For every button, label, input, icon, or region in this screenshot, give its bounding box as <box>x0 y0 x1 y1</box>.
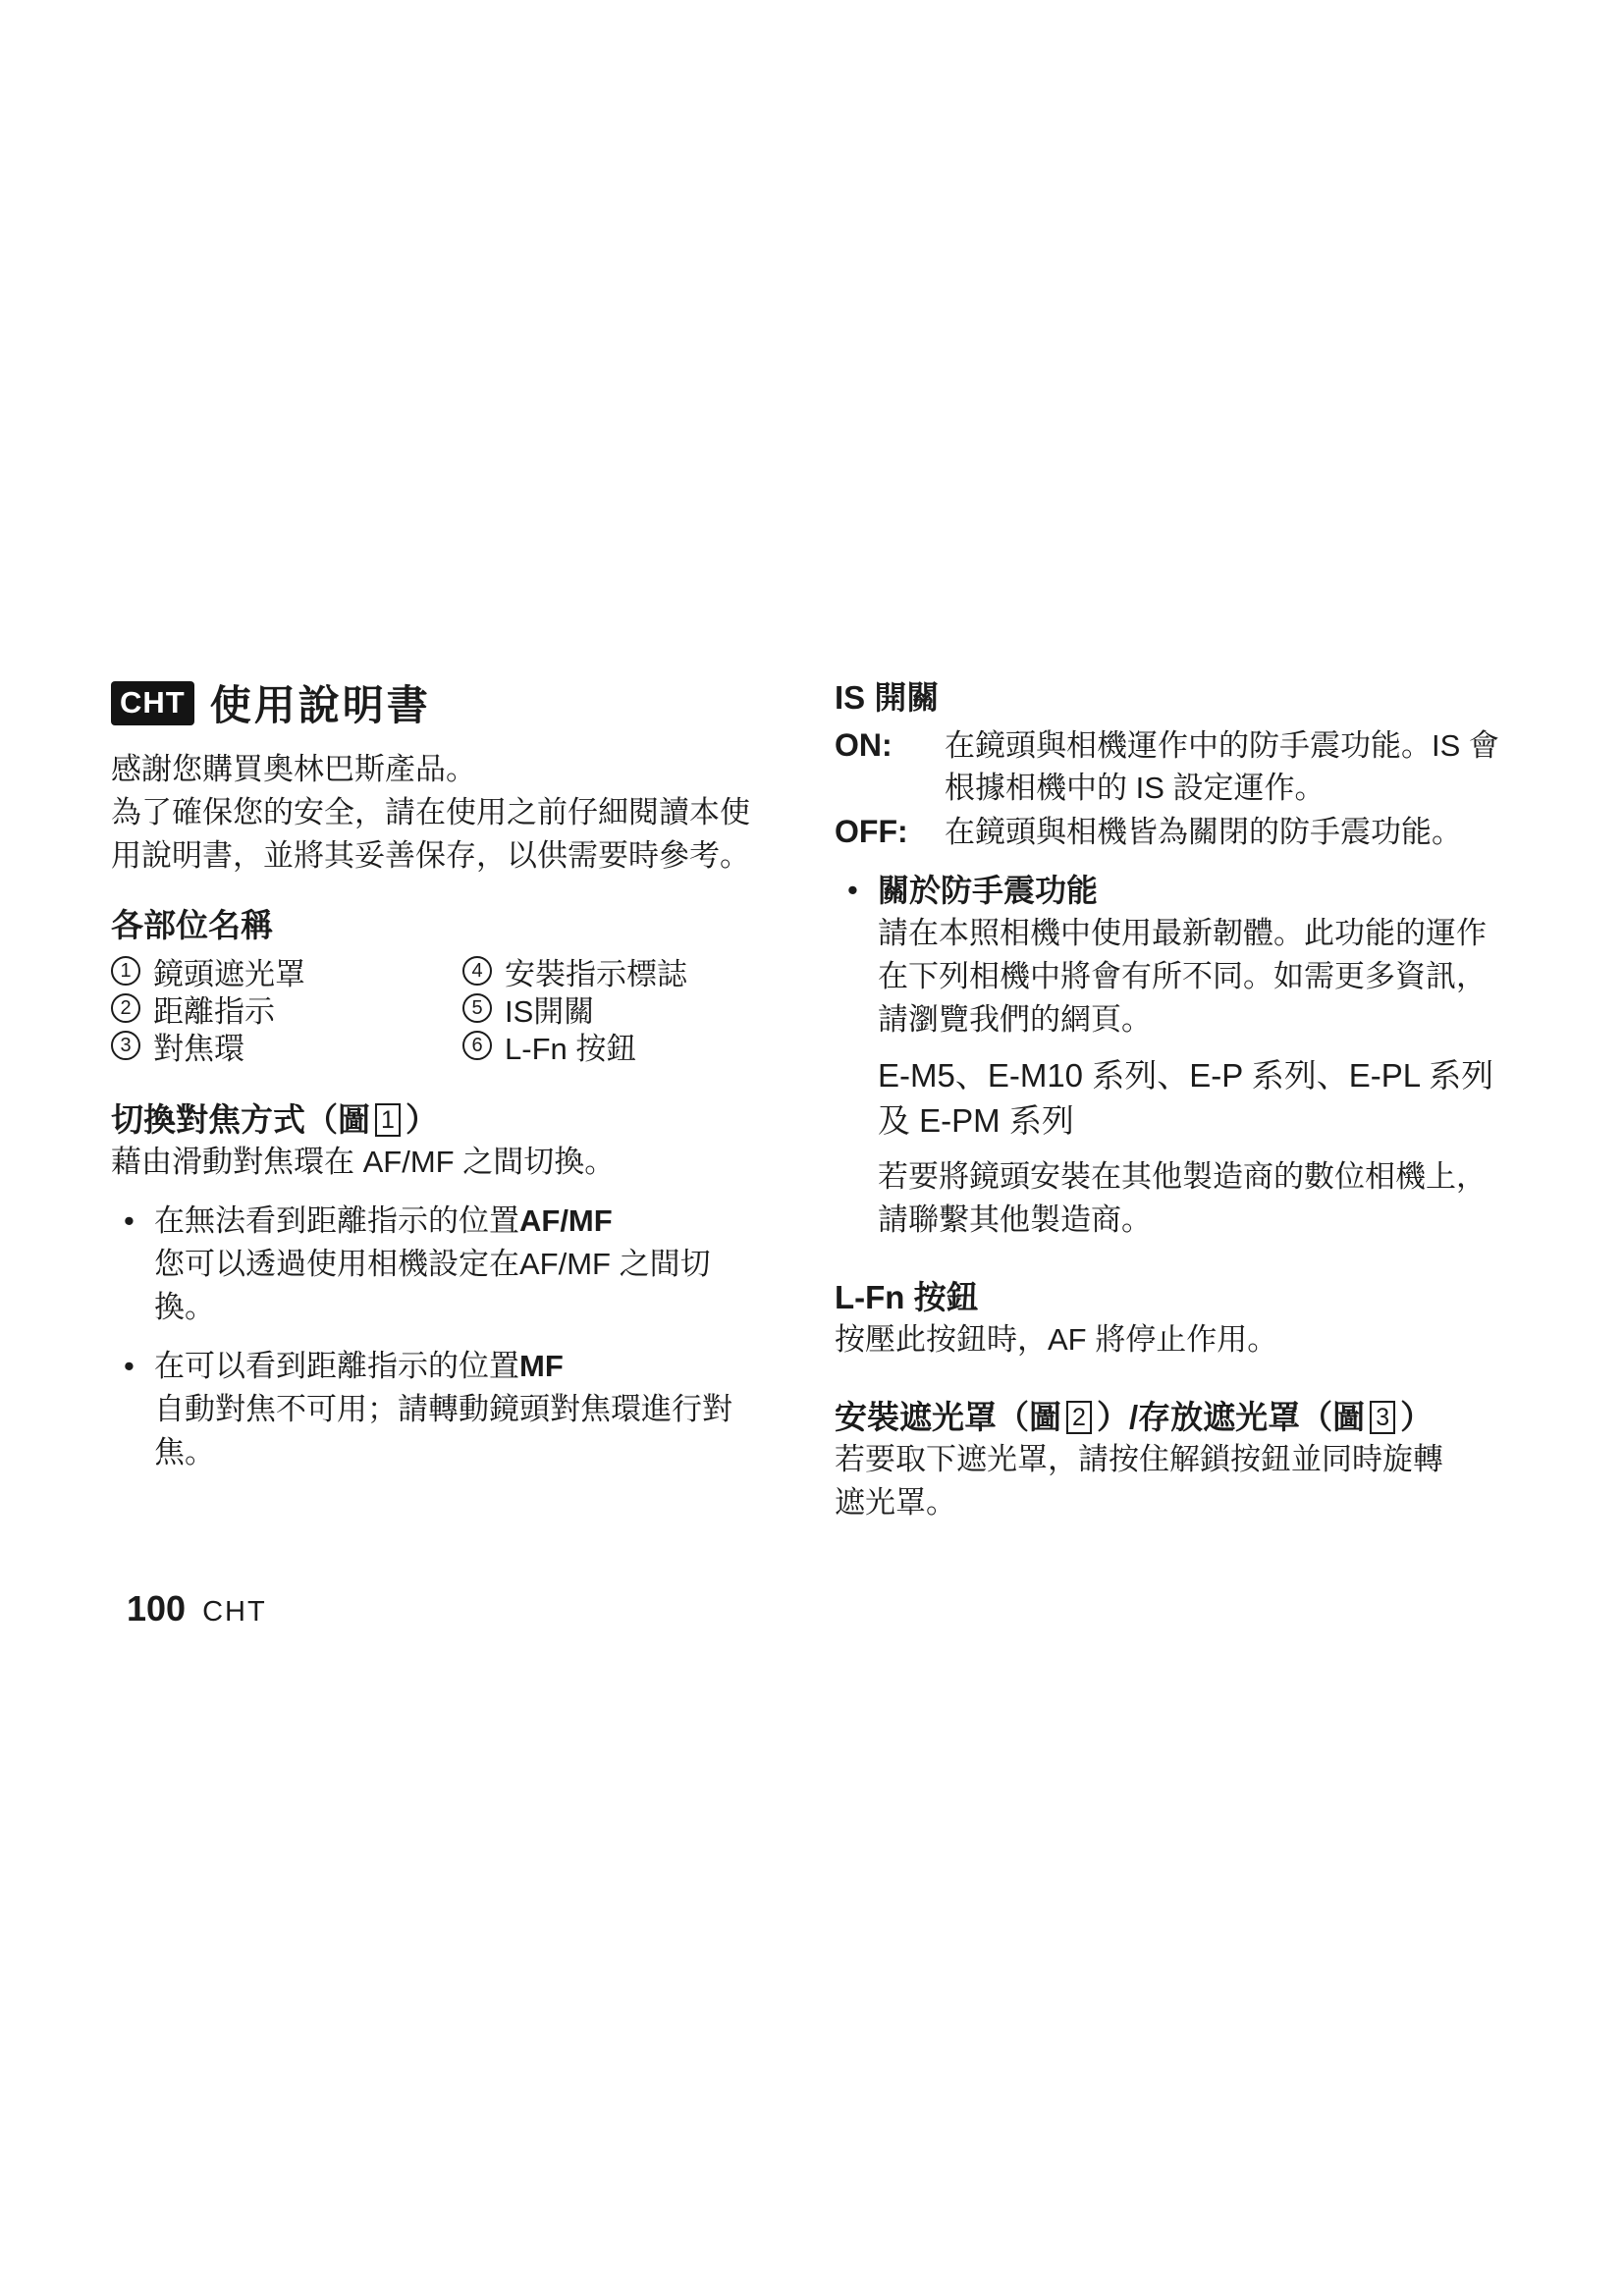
is-on-term: ON: <box>835 724 945 809</box>
manual-page: CHT 使用說明書 感謝您購買奧林巴斯產品。 為了確保您的安全，請在使用之前仔細… <box>0 0 1624 2296</box>
figure-2-ref: 2 <box>1066 1401 1092 1434</box>
focus-mode-heading-close: ） <box>406 1101 438 1138</box>
footer-lang-code: CHT <box>202 1596 267 1629</box>
bullet-icon: • <box>124 1345 137 1474</box>
bullet-lead-bold: AF/MF <box>519 1203 613 1238</box>
bullet-af-mf-lead: 在無法看到距離指示的位置AF/MF <box>154 1200 810 1243</box>
parts-list: 1 鏡頭遮光罩 2 距離指示 3 對焦環 4 安裝指示標誌 5 <box>111 952 810 1064</box>
is-switch-heading: IS 開關 <box>835 677 1561 719</box>
hood-heading-mid: ）/存放遮光罩（圖 <box>1097 1399 1365 1435</box>
right-column: IS 開關 ON: 在鏡頭與相機運作中的防手震功能。IS 會 根據相機中的 IS… <box>835 677 1561 1524</box>
circled-number-icon: 4 <box>462 956 492 986</box>
bullet-af-mf-body: 您可以透過使用相機設定在AF/MF 之間切 換。 <box>154 1243 810 1329</box>
hood-heading-close: ） <box>1400 1399 1433 1435</box>
doc-header: CHT 使用說明書 <box>111 673 810 732</box>
circled-number-icon: 6 <box>462 1031 492 1060</box>
bullet-lead-bold: MF <box>519 1349 564 1383</box>
part-item-5: 5 IS開關 <box>462 989 687 1027</box>
page-footer: 100 CHT <box>127 1588 267 1629</box>
hood-body: 若要取下遮光罩，請按住解鎖按鈕並同時旋轉 遮光罩。 <box>835 1438 1561 1524</box>
part-label: 對焦環 <box>153 1024 244 1068</box>
bullet-mf-lead: 在可以看到距離指示的位置MF <box>154 1345 810 1388</box>
bullet-lead-text: 在可以看到距離指示的位置 <box>154 1349 519 1383</box>
left-column: CHT 使用說明書 感謝您購買奧林巴斯產品。 為了確保您的安全，請在使用之前仔細… <box>111 673 810 1474</box>
bullet-icon: • <box>847 869 861 1242</box>
is-off-desc: 在鏡頭與相機皆為關閉的防手震功能。 <box>945 811 1561 853</box>
page-title: 使用說明書 <box>210 673 431 732</box>
bullet-icon: • <box>124 1200 137 1329</box>
language-badge: CHT <box>111 681 194 725</box>
stabilization-note-heading: 關於防手震功能 <box>878 869 1561 912</box>
bullet-mf-content: 在可以看到距離指示的位置MF 自動對焦不可用；請轉動鏡頭對焦環進行對 焦。 <box>154 1345 810 1474</box>
parts-column-left: 1 鏡頭遮光罩 2 距離指示 3 對焦環 <box>111 952 462 1064</box>
part-item-1: 1 鏡頭遮光罩 <box>111 952 462 989</box>
bullet-lead-text: 在無法看到距離指示的位置 <box>154 1203 519 1238</box>
circled-number-icon: 3 <box>111 1031 140 1060</box>
hood-heading-part1: 安裝遮光罩（圖 <box>835 1399 1061 1435</box>
bullet-af-mf-content: 在無法看到距離指示的位置AF/MF 您可以透過使用相機設定在AF/MF 之間切 … <box>154 1200 810 1329</box>
circled-number-icon: 2 <box>111 993 140 1023</box>
is-off-entry: OFF: 在鏡頭與相機皆為關閉的防手震功能。 <box>835 811 1561 853</box>
focus-mode-heading: 切換對焦方式（圖1） <box>111 1099 810 1141</box>
is-on-desc: 在鏡頭與相機運作中的防手震功能。IS 會 根據相機中的 IS 設定運作。 <box>945 724 1561 809</box>
lfn-heading: L-Fn 按鈕 <box>835 1277 1561 1318</box>
part-label: L-Fn 按鈕 <box>505 1024 636 1068</box>
stabilization-note-body: 請在本照相機中使用最新韌體。此功能的運作 在下列相機中將會有所不同。如需更多資訊… <box>878 912 1561 1041</box>
camera-models-list: E-M5、E-M10 系列、E-P 系列、E-PL 系列 及 E-PM 系列 <box>878 1053 1561 1144</box>
bullet-mf: • 在可以看到距離指示的位置MF 自動對焦不可用；請轉動鏡頭對焦環進行對 焦。 <box>111 1345 810 1474</box>
circled-number-icon: 5 <box>462 993 492 1023</box>
part-item-2: 2 距離指示 <box>111 989 462 1027</box>
stabilization-note-body2: 若要將鏡頭安裝在其他製造商的數位相機上， 請聯繫其他製造商。 <box>878 1155 1561 1242</box>
intro-paragraph: 感謝您購買奧林巴斯產品。 為了確保您的安全，請在使用之前仔細閱讀本使 用說明書，… <box>111 748 810 878</box>
stabilization-note: • 關於防手震功能 請在本照相機中使用最新韌體。此功能的運作 在下列相機中將會有… <box>835 869 1561 1242</box>
page-number: 100 <box>127 1588 186 1629</box>
is-switch-definitions: ON: 在鏡頭與相機運作中的防手震功能。IS 會 根據相機中的 IS 設定運作。… <box>835 724 1561 853</box>
bullet-af-mf: • 在無法看到距離指示的位置AF/MF 您可以透過使用相機設定在AF/MF 之間… <box>111 1200 810 1329</box>
part-item-6: 6 L-Fn 按鈕 <box>462 1027 687 1064</box>
parts-column-right: 4 安裝指示標誌 5 IS開關 6 L-Fn 按鈕 <box>462 952 687 1064</box>
lfn-body: 按壓此按鈕時，AF 將停止作用。 <box>835 1318 1561 1362</box>
parts-heading: 各部位名稱 <box>111 905 810 946</box>
bullet-mf-body: 自動對焦不可用；請轉動鏡頭對焦環進行對 焦。 <box>154 1388 810 1474</box>
focus-mode-intro: 藉由滑動對焦環在 AF/MF 之間切換。 <box>111 1141 810 1184</box>
part-item-3: 3 對焦環 <box>111 1027 462 1064</box>
figure-3-ref: 3 <box>1370 1401 1395 1434</box>
figure-1-ref: 1 <box>375 1103 401 1137</box>
stabilization-note-content: 關於防手震功能 請在本照相機中使用最新韌體。此功能的運作 在下列相機中將會有所不… <box>878 869 1561 1242</box>
focus-mode-heading-text: 切換對焦方式（圖 <box>111 1101 370 1138</box>
is-on-entry: ON: 在鏡頭與相機運作中的防手震功能。IS 會 根據相機中的 IS 設定運作。 <box>835 724 1561 809</box>
hood-heading: 安裝遮光罩（圖2）/存放遮光罩（圖3） <box>835 1397 1561 1438</box>
is-off-term: OFF: <box>835 811 945 853</box>
circled-number-icon: 1 <box>111 956 140 986</box>
part-item-4: 4 安裝指示標誌 <box>462 952 687 989</box>
